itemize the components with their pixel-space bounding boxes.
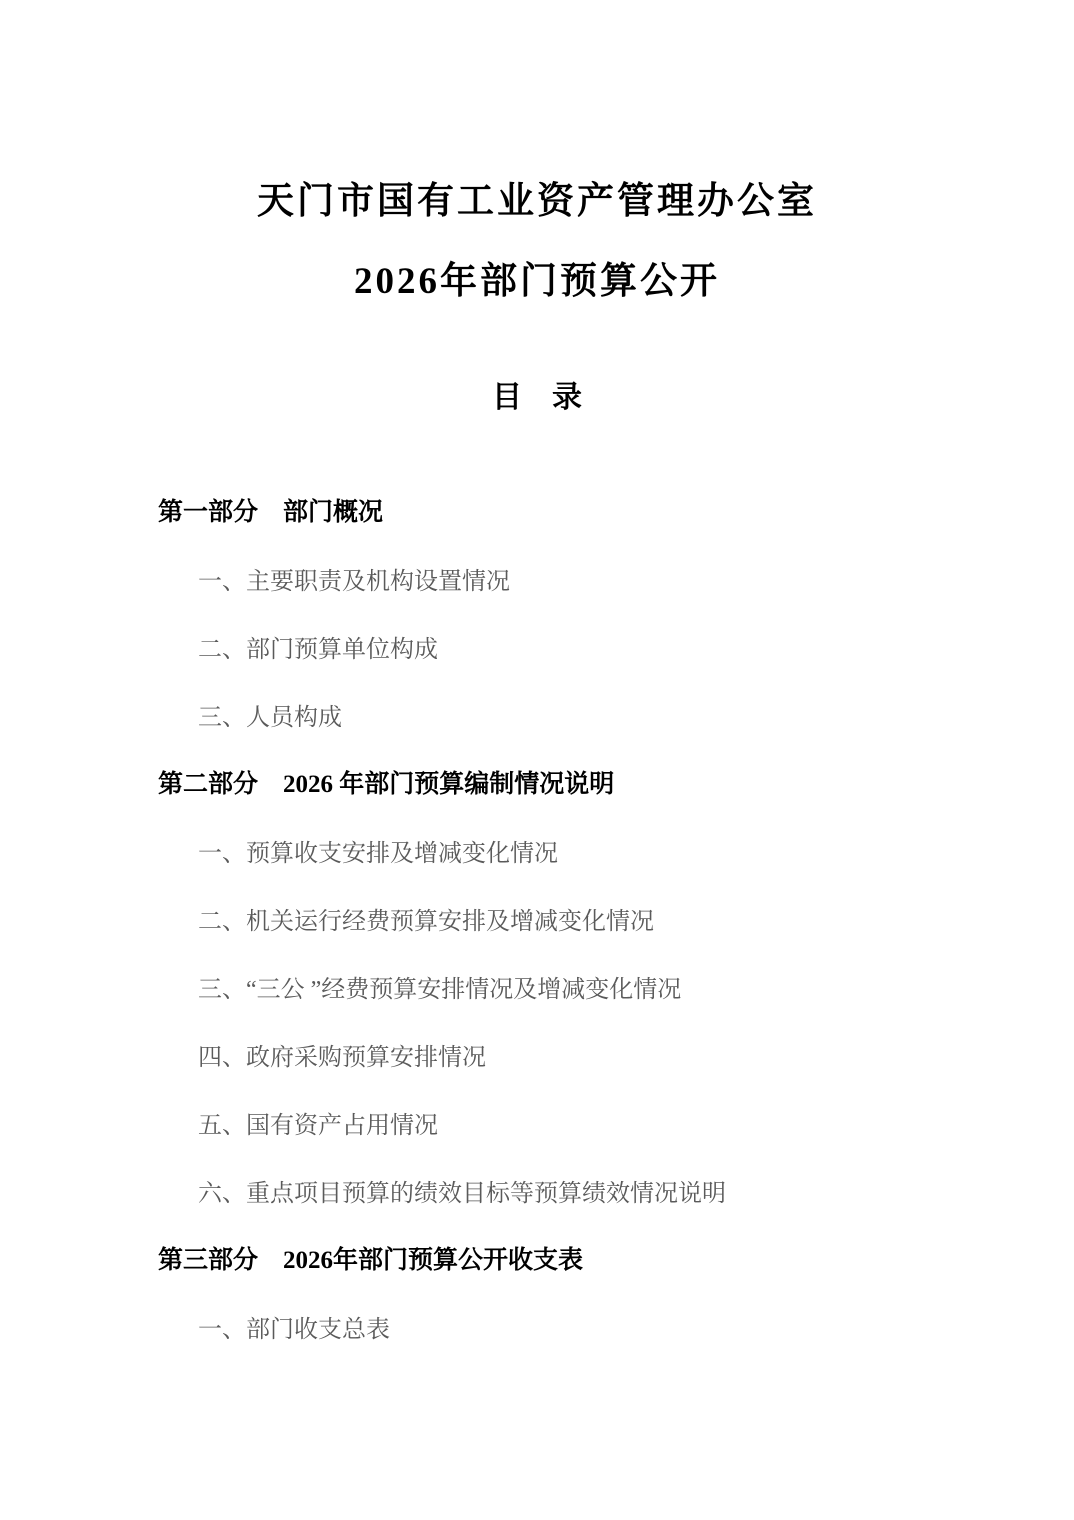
toc-section-2-item-4: 四、政府采购预算安排情况	[158, 1020, 974, 1088]
toc-section-1-item-2: 二、部门预算单位构成	[158, 612, 974, 680]
document-title-line-1: 天门市国有工业资产管理办公室	[0, 170, 1074, 224]
toc-section-2-heading: 第二部分 2026 年部门预算编制情况说明	[158, 748, 974, 816]
toc-section-3-heading: 第三部分 2026年部门预算公开收支表	[158, 1224, 974, 1292]
document-page: 天门市国有工业资产管理办公室 2026年部门预算公开 目 录 第一部分 部门概况…	[0, 0, 1074, 1520]
toc-heading: 目 录	[0, 372, 1074, 416]
toc-section-2-item-1: 一、预算收支安排及增减变化情况	[158, 816, 974, 884]
toc-section-1-heading: 第一部分 部门概况	[158, 476, 974, 544]
toc-section-2-item-3: 三、“三公 ”经费预算安排情况及增减变化情况	[158, 952, 974, 1020]
table-of-contents: 第一部分 部门概况 一、主要职责及机构设置情况 二、部门预算单位构成 三、人员构…	[158, 476, 974, 1360]
toc-section-2-item-6: 六、重点项目预算的绩效目标等预算绩效情况说明	[158, 1156, 974, 1224]
toc-section-1-item-1: 一、主要职责及机构设置情况	[158, 544, 974, 612]
toc-section-2-item-2: 二、机关运行经费预算安排及增减变化情况	[158, 884, 974, 952]
toc-section-3-item-1: 一、部门收支总表	[158, 1292, 974, 1360]
toc-section-1-item-3: 三、人员构成	[158, 680, 974, 748]
toc-section-2-item-5: 五、国有资产占用情况	[158, 1088, 974, 1156]
document-title-line-2: 2026年部门预算公开	[0, 250, 1074, 304]
